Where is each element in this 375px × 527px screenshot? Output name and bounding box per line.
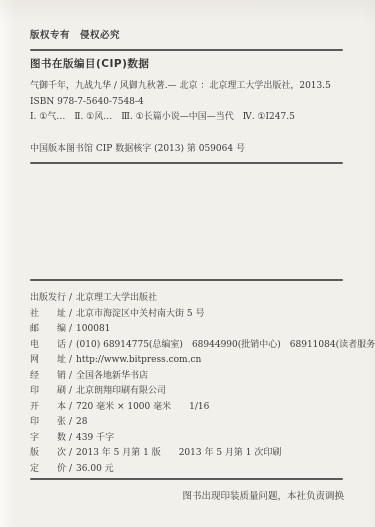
divider-colophon-top	[30, 279, 343, 281]
row-separator: /	[69, 400, 72, 416]
copyright-notice: 版权专有 侵权必究	[30, 27, 120, 41]
row-value: 北京理工大学出版社	[76, 291, 157, 307]
cip-record-number: 中国版本图书馆 CIP 数据核字 (2013) 第 059064 号	[30, 141, 245, 154]
row-separator: /	[69, 415, 72, 431]
row-label: 经 销	[30, 369, 66, 385]
row-separator: /	[69, 462, 72, 478]
colophon-row-price: 定 价 / 36.00 元	[30, 462, 375, 478]
row-separator: /	[69, 431, 72, 447]
book-copyright-page: 版权专有 侵权必究 图书在版编目(CIP)数据 气御千年，九战九华 / 风御九秋…	[0, 0, 375, 527]
row-label: 字 数	[30, 431, 66, 447]
colophon-row-sheets: 印 张 / 28	[30, 415, 375, 431]
divider-cip-bottom	[30, 162, 343, 164]
row-label: 网 址	[30, 353, 66, 369]
row-value: 720 毫米 × 1000 毫米 1/16	[76, 400, 209, 416]
divider-bottom	[30, 478, 343, 480]
colophon-row-distribution: 经 销 / 全国各地新华书店	[30, 369, 375, 385]
row-label: 开 本	[30, 400, 66, 416]
row-separator: /	[69, 322, 72, 338]
row-separator: /	[69, 369, 72, 385]
row-label: 定 价	[30, 462, 66, 478]
row-value: 2013 年 5 月第 1 版 2013 年 5 月第 1 次印刷	[76, 446, 281, 462]
colophon-row-address: 社 址 / 北京市海淀区中关村南大街 5 号	[30, 307, 375, 323]
cip-description-line: 气御千年，九战九华 / 风御九秋著.— 北京 ：北京理工大学出版社，2013.5	[30, 79, 331, 95]
row-value: (010) 68914775(总编室) 68944990(批销中心) 68911…	[76, 338, 375, 354]
cip-data-block: 气御千年，九战九华 / 风御九秋著.— 北京 ：北京理工大学出版社，2013.5…	[30, 79, 331, 126]
row-label: 印 刷	[30, 384, 66, 400]
cip-classification-line: Ⅰ. ①气… Ⅱ. ①风… Ⅲ. ①长篇小说—中国—当代 Ⅳ. ①I247.5	[30, 110, 331, 126]
row-value: 北京朗翔印刷有限公司	[76, 384, 166, 400]
quality-footnote: 图书出现印装质量问题，本社负责调换	[182, 488, 344, 502]
row-separator: /	[69, 291, 72, 307]
colophon-row-phone: 电 话 / (010) 68914775(总编室) 68944990(批销中心)…	[30, 338, 375, 354]
row-separator: /	[69, 353, 72, 369]
divider-top	[30, 49, 343, 51]
row-label: 电 话	[30, 338, 66, 354]
colophon-row-edition: 版 次 / 2013 年 5 月第 1 版 2013 年 5 月第 1 次印刷	[30, 446, 375, 462]
row-value: 100081	[76, 322, 110, 338]
row-value: 全国各地新华书店	[76, 369, 148, 385]
row-label: 版 次	[30, 446, 66, 462]
row-separator: /	[69, 307, 72, 323]
colophon-block: 出版发行 / 北京理工大学出版社 社 址 / 北京市海淀区中关村南大街 5 号 …	[30, 291, 375, 477]
row-separator: /	[69, 446, 72, 462]
colophon-row-wordcount: 字 数 / 439 千字	[30, 431, 375, 447]
row-separator: /	[69, 338, 72, 354]
row-separator: /	[69, 384, 72, 400]
cip-isbn-line: ISBN 978-7-5640-7548-4	[30, 95, 331, 111]
row-label: 邮 编	[30, 322, 66, 338]
row-value: 28	[76, 415, 87, 431]
colophon-row-publisher: 出版发行 / 北京理工大学出版社	[30, 291, 375, 307]
colophon-row-postcode: 邮 编 / 100081	[30, 322, 375, 338]
row-value: http://www.bitpress.com.cn	[76, 353, 201, 369]
row-value: 439 千字	[76, 431, 114, 447]
colophon-row-format: 开 本 / 720 毫米 × 1000 毫米 1/16	[30, 400, 375, 416]
row-value: 北京市海淀区中关村南大街 5 号	[76, 307, 204, 323]
colophon-row-website: 网 址 / http://www.bitpress.com.cn	[30, 353, 375, 369]
row-label: 出版发行	[30, 291, 66, 307]
row-label: 社 址	[30, 307, 66, 323]
colophon-row-printer: 印 刷 / 北京朗翔印刷有限公司	[30, 384, 375, 400]
cip-heading: 图书在版编目(CIP)数据	[30, 56, 149, 71]
row-label: 印 张	[30, 415, 66, 431]
row-value: 36.00 元	[76, 462, 114, 478]
